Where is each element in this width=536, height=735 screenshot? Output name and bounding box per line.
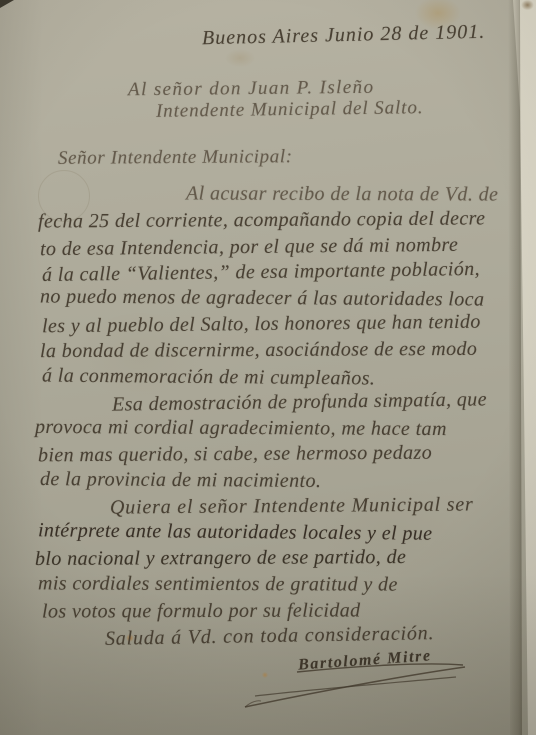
body-line: provoca mi cordial agradecimiento, me ha…: [35, 416, 447, 441]
body-line: bien mas querido, si cabe, ese hermoso p…: [38, 442, 432, 468]
salutation: Señor Intendente Municipal:: [58, 146, 293, 170]
body-line: mis cordiales sentimientos de gratitud y…: [38, 572, 398, 596]
body-line: de la provincia de mi nacimiento.: [40, 468, 321, 493]
body-line: fecha 25 del corriente, acompañando copi…: [38, 207, 485, 233]
paper-edge-shadow: [508, 0, 522, 735]
body-line: Al acusar recibo de la nota de Vd. de: [186, 182, 498, 206]
letter-photo: Buenos Aires Junio 28 de 1901. Al señor …: [0, 0, 536, 735]
body-line: Quiera el señor Intendente Municipal ser: [110, 493, 474, 519]
body-line: blo nacional y extrangero de ese partido…: [35, 546, 406, 571]
body-line: to de esa Intendencia, por el que se dá …: [40, 234, 458, 261]
body-line: les y al pueblo del Salto, los honores q…: [42, 311, 481, 339]
body-line: los votos que formulo por su felicidad: [42, 599, 361, 623]
photo-corner: [0, 0, 14, 8]
signature-flourish: [235, 658, 475, 718]
body-line: no puedo menos de agradecer á las autori…: [40, 285, 485, 311]
body-line: la bondad de discernirme, asociándose de…: [40, 338, 477, 363]
recipient-line: Intendente Municipal del Salto.: [156, 97, 424, 123]
body-line: intérprete ante las autoridades locales …: [38, 519, 433, 545]
body-line: á la conmemoración de mi cumpleaños.: [42, 365, 375, 391]
